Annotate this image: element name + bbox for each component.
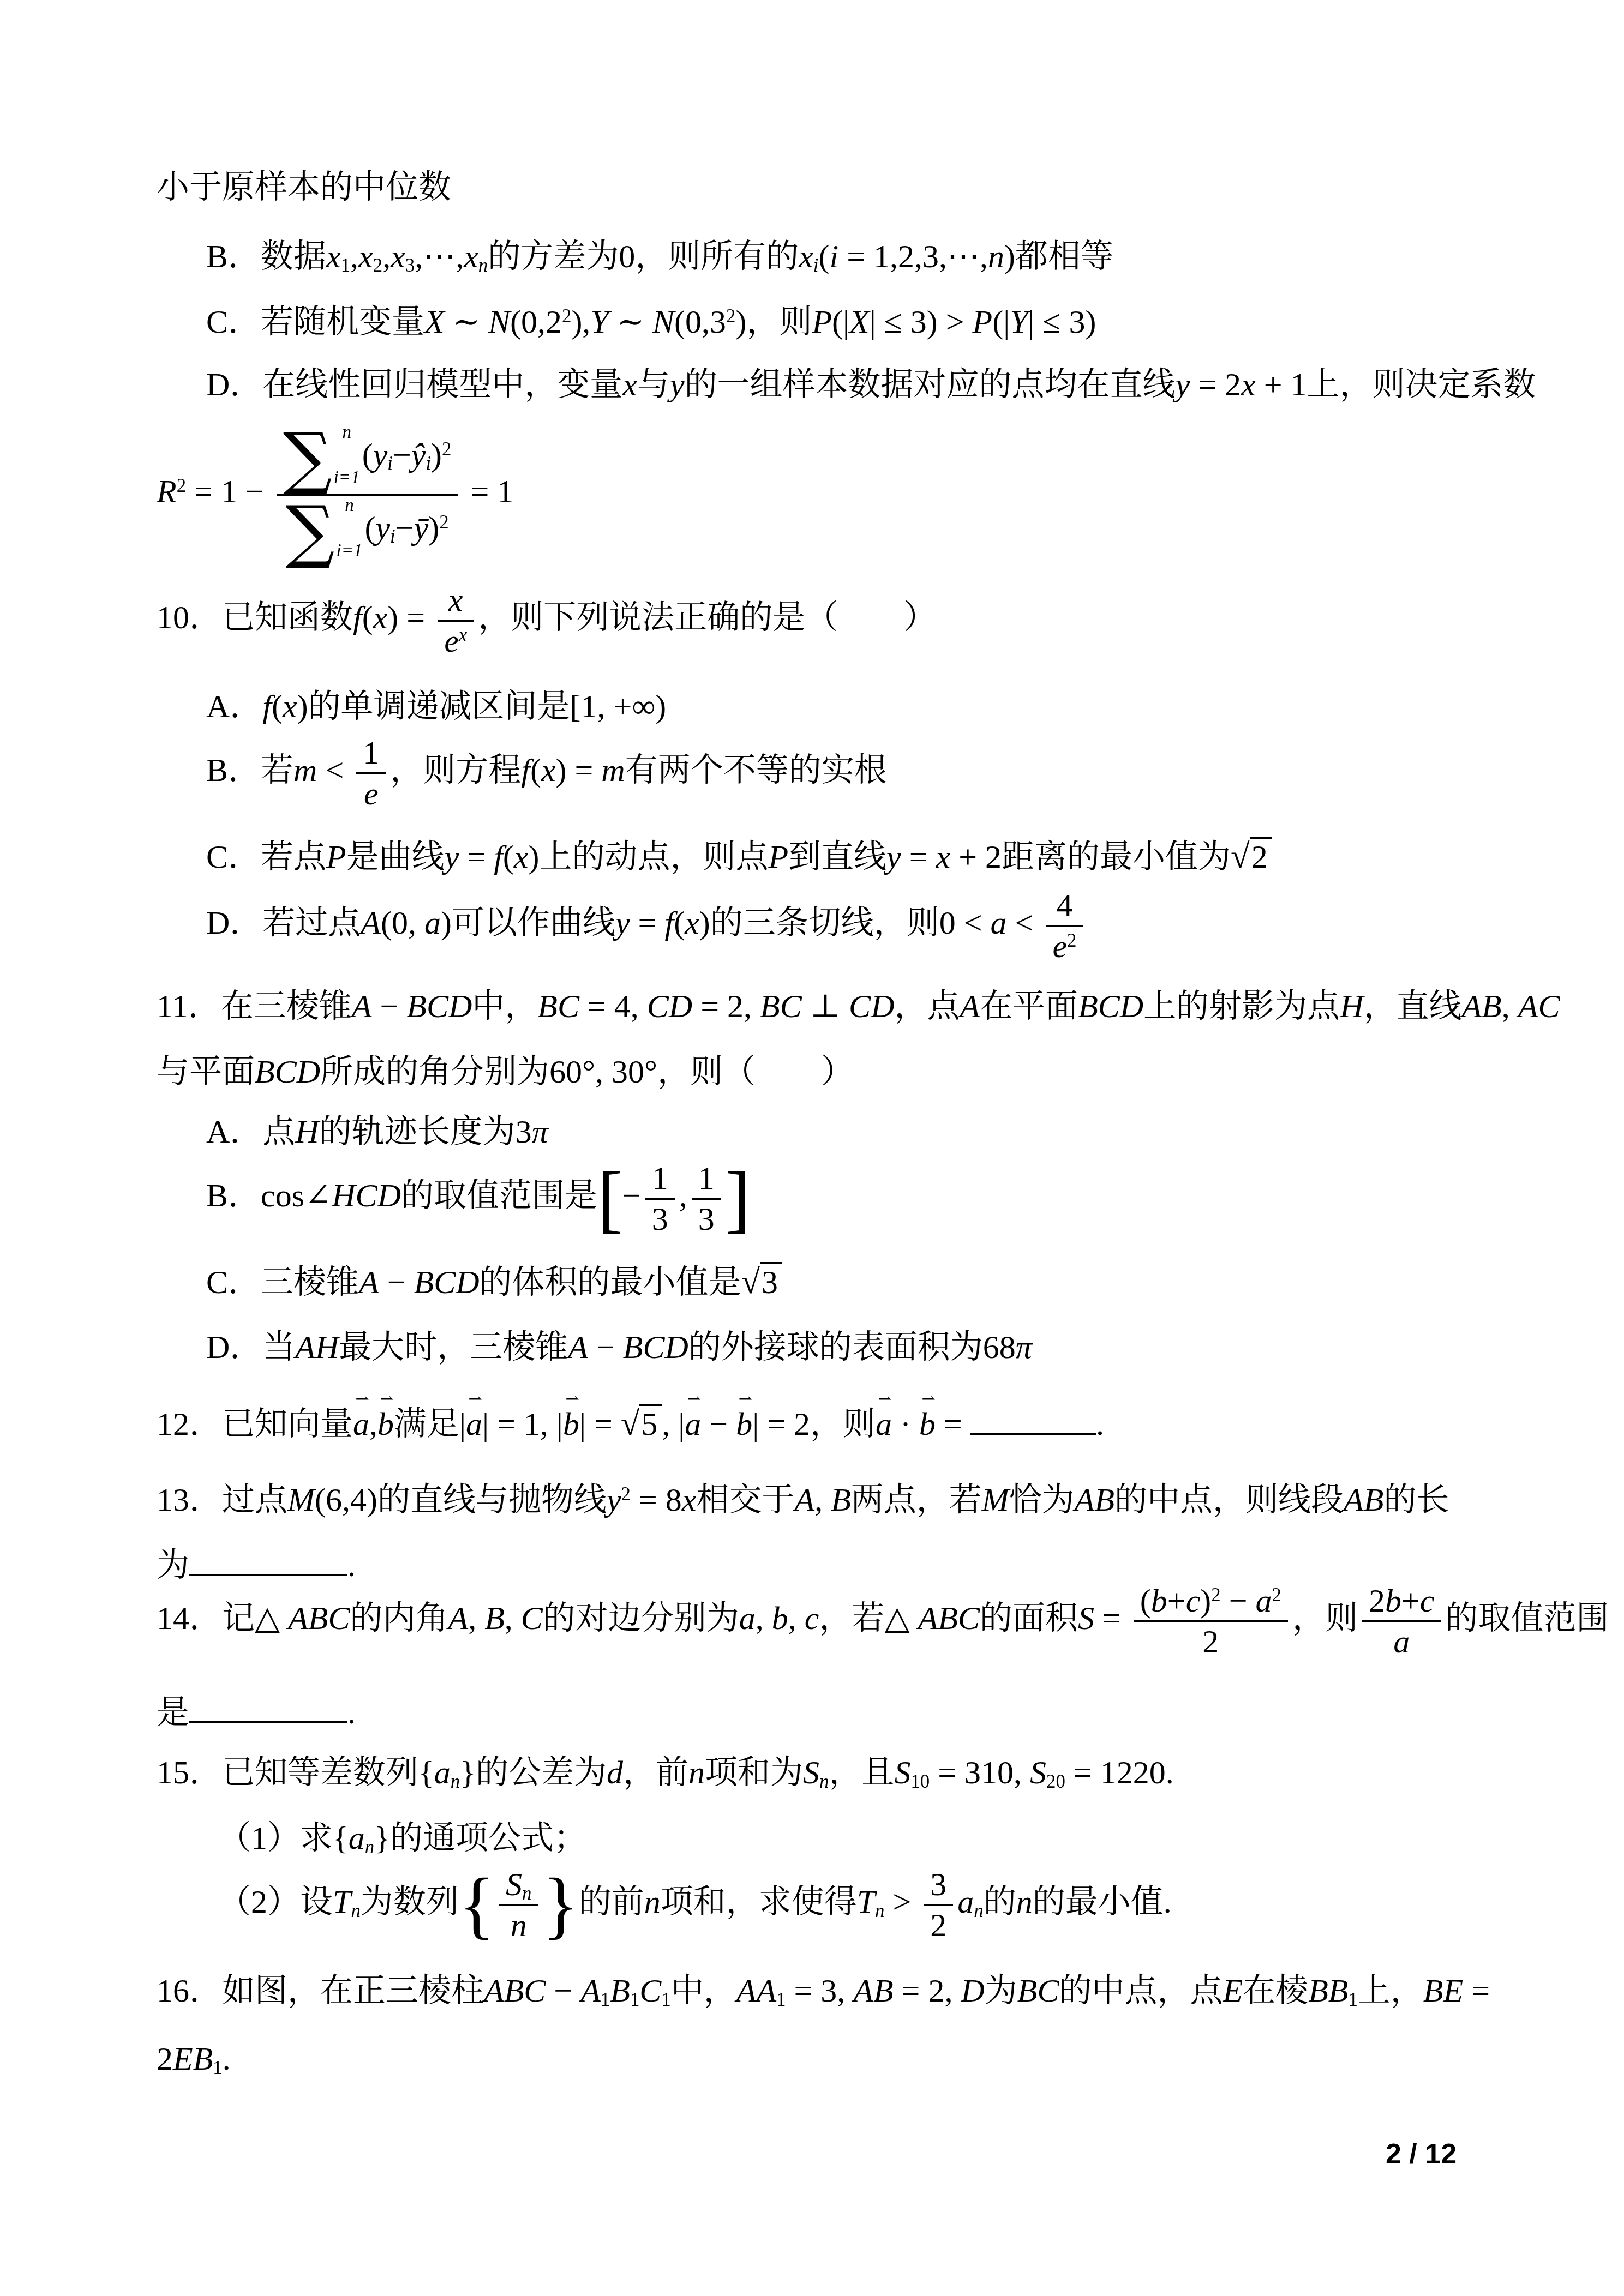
math-text: − xyxy=(546,1973,580,2009)
math-text: = xyxy=(630,905,665,941)
math-text: , xyxy=(369,1406,377,1442)
math-text: 2 xyxy=(1369,1583,1385,1619)
superscript: 2 xyxy=(1272,1584,1281,1606)
math-text: ( xyxy=(819,238,830,274)
math-text: ) = xyxy=(387,599,433,635)
math-text: i xyxy=(830,238,839,274)
math-text: A． xyxy=(206,688,262,724)
subscript: n xyxy=(365,1836,374,1858)
math-text: = 3, xyxy=(786,1973,853,2009)
fraction: (b+c)2 − a22 xyxy=(1134,1582,1288,1661)
math-text: 两点，若 xyxy=(851,1482,982,1518)
vector: ⇀a xyxy=(876,1399,892,1448)
math-text: BC xyxy=(760,988,802,1024)
math-text: 在平面 xyxy=(980,988,1078,1024)
radical: √3 xyxy=(741,1264,783,1300)
q14-stem-line2: 是. xyxy=(157,1688,356,1737)
math-text: BCD xyxy=(406,988,472,1024)
math-text: 的最小值. xyxy=(1033,1884,1172,1920)
math-text: 的轨迹长度为3 xyxy=(319,1114,532,1150)
math-text: = 2, xyxy=(894,1973,961,2009)
math-text: − xyxy=(395,510,414,546)
vector-arrow-icon: ⇀ xyxy=(739,1391,752,1408)
q11-stem-line2: 与平面BCD所成的角分别为60°, 30°，则（ ） xyxy=(157,1047,854,1096)
superscript: 2 xyxy=(1211,1584,1220,1606)
vector-letter: a xyxy=(685,1406,701,1442)
math-text: ( xyxy=(1140,1583,1151,1619)
radical-sign-icon: √ xyxy=(621,1404,640,1442)
vector: ⇀b xyxy=(377,1399,394,1448)
math-text: ABC xyxy=(288,1600,350,1636)
math-text: y xyxy=(445,839,459,875)
math-text: 与平面 xyxy=(157,1054,255,1090)
math-text: x xyxy=(283,688,297,724)
math-text: a xyxy=(1256,1583,1272,1619)
fraction: 2b+ca xyxy=(1362,1582,1441,1661)
math-text: x xyxy=(464,238,478,274)
math-text: B．cos∠ xyxy=(206,1177,332,1213)
fraction-denominator: e2 xyxy=(1046,925,1083,966)
math-text: , xyxy=(756,1600,772,1636)
superscript: 2 xyxy=(439,512,448,533)
fraction-denominator: 2 xyxy=(1134,1620,1288,1661)
vector-arrow-icon: ⇀ xyxy=(878,1391,892,1408)
summation: ∑ni=1 xyxy=(286,497,363,566)
subscript: 2 xyxy=(373,255,382,276)
math-text: BC xyxy=(1017,1973,1059,2009)
math-text: = xyxy=(936,1406,970,1442)
q16-stem-line2: 2EB1. xyxy=(157,2034,231,2083)
vector: ⇀b xyxy=(736,1399,752,1448)
math-text: x xyxy=(541,752,556,788)
superscript: x xyxy=(459,624,467,646)
math-text: + 2 xyxy=(950,839,1002,875)
big-bracket: ] xyxy=(726,1157,751,1240)
summation-lower: i=1 xyxy=(334,469,360,487)
math-text: ȳ xyxy=(414,510,429,546)
vector-letter: a xyxy=(466,1406,482,1442)
math-text: M xyxy=(982,1482,1009,1518)
fraction-numerator: ∑ni=1(yi−ŷi)2 xyxy=(277,423,458,494)
math-text: + xyxy=(1401,1583,1420,1619)
math-text: 的取值范围是 xyxy=(401,1177,597,1213)
fraction-numerator: 3 xyxy=(924,1865,953,1904)
math-text: ,⋯, xyxy=(415,238,464,274)
math-text: − xyxy=(622,1177,641,1213)
math-text: 都相等 xyxy=(1015,238,1113,274)
q13-stem-line1: 13．过点M(6,4)的直线与抛物线y2 = 8x相交于A, B两点，若M恰为A… xyxy=(157,1475,1449,1524)
math-text: BC xyxy=(537,988,579,1024)
math-text: 的前 xyxy=(579,1884,644,1920)
math-text: H xyxy=(295,1114,319,1150)
summation-upper: n xyxy=(337,497,363,515)
fraction: 32 xyxy=(924,1865,953,1945)
math-text: = 1 xyxy=(462,473,513,509)
q14-stem: 14．记△ ABC的内角A, B, C的对边分别为a, b, c，若△ ABC的… xyxy=(157,1582,1609,1661)
math-text: − xyxy=(588,1329,623,1365)
math-text: m xyxy=(601,752,625,788)
math-text: AB xyxy=(1344,1482,1383,1518)
fraction-denominator: 3 xyxy=(692,1198,721,1239)
math-text: 到直线 xyxy=(788,839,886,875)
vector: ⇀b xyxy=(919,1399,936,1448)
math-text: ，点 xyxy=(894,988,960,1024)
math-text: E xyxy=(1223,1973,1243,2009)
superscript: 2 xyxy=(1067,930,1076,951)
math-text: ，且 xyxy=(829,1754,894,1790)
math-text: S xyxy=(894,1754,910,1790)
math-text: < xyxy=(317,752,352,788)
radical: √5 xyxy=(621,1406,662,1442)
q11-option-b: B．cos∠HCD的取值范围是[−13,13] xyxy=(206,1159,751,1239)
math-text: · xyxy=(892,1406,919,1442)
math-text: m xyxy=(293,752,317,788)
math-text: 的面积 xyxy=(980,1600,1078,1636)
math-text: a xyxy=(957,1884,974,1920)
big-bracket: } xyxy=(542,1863,578,1946)
summation: ∑ni=1 xyxy=(283,424,360,492)
math-text: 的对边分别为 xyxy=(543,1600,739,1636)
math-text: 相交于 xyxy=(696,1482,794,1518)
math-text: ) xyxy=(699,905,710,941)
fraction-numerator: 1 xyxy=(692,1159,721,1198)
q9-option-c: C．若随机变量X ∼ N(0,22),Y ∼ N(0,32)，则P(|X| ≤ … xyxy=(206,297,1096,346)
math-text: a xyxy=(739,1600,756,1636)
math-text: ) xyxy=(297,688,308,724)
math-text: T xyxy=(857,1884,875,1920)
math-text: A．点 xyxy=(206,1114,295,1150)
math-text: C xyxy=(521,1600,543,1636)
math-text: a xyxy=(991,905,1007,941)
fraction-denominator: ex xyxy=(438,620,474,660)
fraction: 13 xyxy=(692,1159,721,1239)
math-text: , xyxy=(505,1600,521,1636)
math-text: C．若随机变量 xyxy=(206,304,424,340)
subscript: 1 xyxy=(341,255,350,276)
math-text: 最大时，三棱锥 xyxy=(339,1329,568,1365)
math-text: x xyxy=(799,238,813,274)
math-text: b xyxy=(1151,1583,1167,1619)
math-text: A xyxy=(960,988,980,1024)
math-text: 的外接球的表面积为68 xyxy=(688,1329,1016,1365)
subscript: i xyxy=(813,255,819,276)
math-text: 上的动点，则点 xyxy=(539,839,768,875)
math-text: 为 xyxy=(985,1973,1017,2009)
math-text: < xyxy=(1007,905,1042,941)
r-squared-formula: R2 = 1 − ∑ni=1(yi−ŷi)2∑ni=1(yi−ȳ)2 = 1 xyxy=(157,423,513,567)
big-bracket: [ xyxy=(597,1157,622,1240)
math-text: ) xyxy=(528,839,539,875)
subscript: n xyxy=(875,1900,884,1921)
math-text: , xyxy=(1502,988,1518,1024)
math-text: （2）设 xyxy=(218,1884,333,1920)
math-text: , xyxy=(382,238,391,274)
math-text: S xyxy=(803,1754,819,1790)
math-text: , | xyxy=(662,1406,685,1442)
math-text: BE xyxy=(1423,1973,1463,2009)
superscript: 2 xyxy=(177,475,186,496)
fraction-denominator: e xyxy=(356,772,386,813)
math-text: C xyxy=(639,1973,661,2009)
radicand: 2 xyxy=(1250,837,1272,875)
math-text: . xyxy=(347,1547,356,1583)
fraction-numerator: Sn xyxy=(499,1865,538,1904)
math-text: C．若点 xyxy=(206,839,326,875)
q12-stem: 12．已知向量⇀a,⇀b满足|⇀a| = 1, |⇀b| = √5, |⇀a −… xyxy=(157,1399,1104,1448)
math-text: ( xyxy=(530,752,541,788)
vector-arrow-icon: ⇀ xyxy=(565,1391,579,1408)
fraction: 13 xyxy=(645,1159,675,1239)
vector-arrow-icon: ⇀ xyxy=(922,1391,936,1408)
math-text: )，则 xyxy=(735,304,812,340)
math-text: 的内角 xyxy=(350,1600,448,1636)
vector-arrow-icon: ⇀ xyxy=(380,1391,394,1408)
q10-stem: 10．已知函数f(x) = xex，则下列说法正确的是（ ） xyxy=(157,581,936,660)
summation-limits: ni=1 xyxy=(332,424,360,492)
math-text: y xyxy=(1176,366,1190,402)
math-text: x xyxy=(391,238,405,274)
answer-blank xyxy=(970,1403,1096,1435)
subscript: 20 xyxy=(1046,1771,1065,1792)
math-text: P xyxy=(768,839,788,875)
math-text: π xyxy=(1016,1329,1032,1365)
fraction-denominator: n xyxy=(499,1904,538,1945)
math-text: A xyxy=(361,905,381,941)
math-text: 15．已知等差数列{ xyxy=(157,1754,434,1790)
fraction-numerator: x xyxy=(438,581,474,620)
math-text: X xyxy=(424,304,445,340)
math-text: 小于原样本的中位数 xyxy=(157,169,451,205)
q11-option-c: C．三棱锥A − BCD的体积的最小值是√3 xyxy=(206,1257,782,1307)
vector-arrow-icon: ⇀ xyxy=(687,1391,701,1408)
math-text: (| xyxy=(992,304,1010,340)
math-text: 1 xyxy=(698,1160,715,1196)
fraction: 4e2 xyxy=(1046,886,1083,966)
math-text: 上的射影为点 xyxy=(1143,988,1340,1024)
math-text: , xyxy=(679,1177,687,1213)
math-text: ，则下列说法正确的是（ ） xyxy=(478,599,936,635)
math-text: ) xyxy=(441,905,452,941)
math-text: n xyxy=(644,1884,661,1920)
math-text: 的 xyxy=(984,1884,1016,1920)
math-text: = 1,2,3,⋯, xyxy=(838,238,988,274)
math-text: AB xyxy=(853,1973,893,2009)
math-text: A xyxy=(448,1600,468,1636)
math-text: x xyxy=(373,599,388,635)
math-text: e xyxy=(364,776,379,812)
math-text: 的方差为0，则所有的 xyxy=(488,238,799,274)
math-text: A xyxy=(794,1482,814,1518)
math-text: AB xyxy=(1461,988,1501,1024)
math-text: 的长 xyxy=(1383,1482,1449,1518)
math-text: H xyxy=(1340,988,1363,1024)
math-text: − xyxy=(1221,1583,1256,1619)
math-text: (6,4) xyxy=(315,1482,377,1518)
math-text: b xyxy=(772,1600,788,1636)
math-text: e xyxy=(1052,928,1067,964)
subscript: i xyxy=(390,526,395,547)
math-text: 3 xyxy=(652,1201,668,1237)
math-text: B．数据 xyxy=(206,238,326,274)
math-text: ) = xyxy=(556,752,602,788)
math-text: y xyxy=(373,437,388,473)
math-text: 2 xyxy=(1202,1624,1219,1660)
math-text: 上，则决定系数 xyxy=(1307,366,1536,402)
math-text: ，则方程 xyxy=(390,752,521,788)
math-text: BB xyxy=(1308,1973,1348,2009)
q11-option-a: A．点H的轨迹长度为3π xyxy=(206,1107,548,1156)
math-text: BCD xyxy=(623,1329,688,1365)
math-text: ，则 xyxy=(810,1406,876,1442)
math-text: A xyxy=(359,1264,379,1300)
math-text: 的体积的最小值是 xyxy=(480,1264,741,1300)
math-text: ，直线 xyxy=(1363,988,1461,1024)
math-text: 为数列 xyxy=(361,1884,459,1920)
sigma-icon: ∑ xyxy=(283,424,332,492)
math-text: CD xyxy=(849,988,894,1024)
math-text: B．若 xyxy=(206,752,293,788)
q16-stem-line1: 16．如图，在正三棱柱ABC − A1B1C1中，AA1 = 3, AB = 2… xyxy=(157,1966,1490,2015)
math-text: f xyxy=(521,752,530,788)
math-text: x xyxy=(682,1482,697,1518)
math-text: ∼ xyxy=(609,304,652,340)
math-text: 项和，求使得 xyxy=(661,1884,857,1920)
math-text: 的三条切线，则0 < xyxy=(710,905,991,941)
math-text: BCD xyxy=(255,1054,320,1090)
math-text: ⊥ xyxy=(802,988,849,1024)
math-text: | ≤ 3) xyxy=(1028,304,1096,340)
math-text: x xyxy=(358,238,373,274)
math-text: x xyxy=(326,238,341,274)
vector-letter: b xyxy=(736,1406,752,1442)
math-text: y xyxy=(670,366,685,402)
answer-blank xyxy=(189,1692,347,1723)
math-text: ), xyxy=(571,304,590,340)
math-text: a xyxy=(424,905,441,941)
math-text: AA xyxy=(736,1973,776,2009)
math-text: AB xyxy=(1075,1482,1114,1518)
vector: ⇀a xyxy=(353,1399,369,1448)
subscript: n xyxy=(451,1771,460,1792)
math-text: x xyxy=(448,582,463,618)
math-text: 10．已知函数 xyxy=(157,599,353,635)
q15-part1: （1）求{an}的通项公式； xyxy=(218,1813,586,1862)
radical-sign-icon: √ xyxy=(741,1263,760,1301)
subscript: n xyxy=(819,1771,829,1792)
math-text: 的中点，则线段 xyxy=(1114,1482,1344,1518)
subscript: 1 xyxy=(630,1989,639,2010)
math-text: 是曲线 xyxy=(346,839,445,875)
math-text: D．在线性回归模型中，变量 xyxy=(206,366,622,402)
math-text: = 310, xyxy=(930,1754,1030,1790)
math-text: BCD xyxy=(1078,988,1143,1024)
q10-option-c: C．若点P是曲线y = f(x)上的动点，则点P到直线y = x + 2距离的最… xyxy=(206,832,1272,881)
math-text: (| xyxy=(832,304,849,340)
math-text: (0,2 xyxy=(510,304,562,340)
math-text: 上， xyxy=(1358,1973,1423,2009)
q9-option-b: B．数据x1,x2,x3,⋯,xn的方差为0，则所有的xi(i = 1,2,3,… xyxy=(206,232,1113,281)
summation-upper: n xyxy=(334,424,360,442)
fraction: Snn xyxy=(499,1865,538,1945)
math-text: HCD xyxy=(332,1177,401,1213)
math-text: BCD xyxy=(414,1264,480,1300)
math-text: 中， xyxy=(472,988,537,1024)
math-text: （1）求{ xyxy=(218,1820,349,1856)
subscript: i xyxy=(426,453,431,474)
math-text: ) xyxy=(431,437,442,473)
math-text: x xyxy=(685,905,699,941)
fraction-denominator: ∑ni=1(yi−ȳ)2 xyxy=(277,494,458,567)
math-text: e xyxy=(444,623,459,659)
fraction-denominator: 2 xyxy=(924,1904,953,1945)
math-text: − xyxy=(379,1264,414,1300)
math-text: 有两个不等的实根 xyxy=(625,752,887,788)
vector-letter: b xyxy=(377,1406,394,1442)
math-text: ABC xyxy=(918,1600,980,1636)
math-text: 所成的角分别为60°, 30°，则（ ） xyxy=(320,1054,854,1090)
math-text: ABC xyxy=(484,1973,546,2009)
math-text: 的单调递减区间是[1, +∞) xyxy=(308,688,667,724)
math-text: 恰为 xyxy=(1009,1482,1075,1518)
subscript: 1 xyxy=(213,2057,222,2078)
fraction: xex xyxy=(438,581,474,660)
math-text: 2 xyxy=(930,1907,946,1943)
math-text: S xyxy=(1030,1754,1046,1790)
math-text: Y xyxy=(1010,304,1028,340)
math-text: 11．在三棱锥 xyxy=(157,988,352,1024)
q9-option-d: D．在线性回归模型中，变量x与y的一组样本数据对应的点均在直线y = 2x + … xyxy=(206,360,1536,409)
subscript: 1 xyxy=(1348,1989,1357,2010)
math-text: 是 xyxy=(157,1694,189,1730)
math-text: π xyxy=(532,1114,548,1150)
math-text: | ≤ 3) > xyxy=(870,304,973,340)
vector-arrow-icon: ⇀ xyxy=(356,1391,369,1408)
vector-arrow-icon: ⇀ xyxy=(469,1391,482,1408)
math-text: = xyxy=(1094,1600,1129,1636)
q15-part2: （2）设Tn为数列{Snn}的前n项和，求使得Tn > 32an的n的最小值. xyxy=(218,1865,1172,1945)
math-text: T xyxy=(333,1884,351,1920)
math-text: 4 xyxy=(1056,887,1072,923)
math-text: 的取值范围 xyxy=(1445,1600,1609,1636)
q10-option-d: D．若过点A(0, a)可以作曲线y = f(x)的三条切线，则0 < a < … xyxy=(206,886,1087,966)
math-text: 与 xyxy=(637,366,670,402)
subscript: n xyxy=(974,1900,983,1921)
superscript: 2 xyxy=(442,438,451,460)
math-text: x xyxy=(1241,366,1256,402)
math-text: 为 xyxy=(157,1547,189,1583)
fraction-denominator: 3 xyxy=(645,1198,675,1239)
math-text: x xyxy=(936,839,951,875)
math-text: 在棱 xyxy=(1243,1973,1308,2009)
math-text: ) xyxy=(428,510,439,546)
vector-letter: b xyxy=(563,1406,579,1442)
math-text: ( xyxy=(674,905,685,941)
fraction: ∑ni=1(yi−ŷi)2∑ni=1(yi−ȳ)2 xyxy=(277,423,458,567)
math-text: ( xyxy=(362,599,373,635)
math-text: + xyxy=(1167,1583,1186,1619)
math-text: n xyxy=(688,1754,705,1790)
math-text: EB xyxy=(173,2041,213,2077)
math-text: , xyxy=(468,1600,484,1636)
math-text: a xyxy=(349,1820,365,1856)
math-text: ( xyxy=(362,437,373,473)
subscript: 3 xyxy=(405,255,415,276)
math-text: CD xyxy=(647,988,692,1024)
math-text: ( xyxy=(503,839,514,875)
math-text: P xyxy=(326,839,346,875)
math-text: ) xyxy=(1004,238,1015,274)
math-text: x xyxy=(622,366,637,402)
